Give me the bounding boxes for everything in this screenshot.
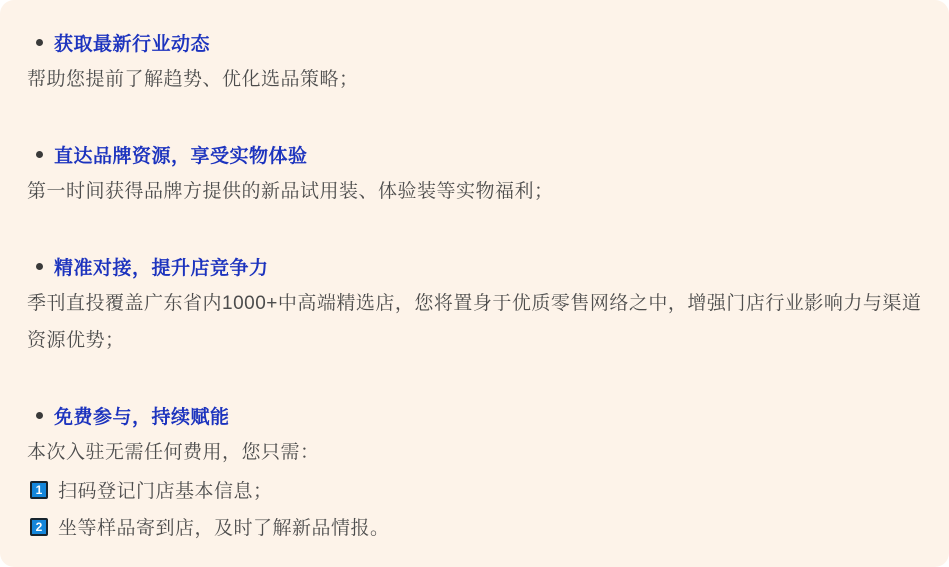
section-free-participation: 免费参与，持续赋能 本次入驻无需任何费用，您只需： 1 扫码登记门店基本信息； … <box>27 397 929 545</box>
section-heading-row: 免费参与，持续赋能 <box>27 397 929 434</box>
section-heading-row: 直达品牌资源，享受实物体验 <box>27 136 929 173</box>
step-text: 坐等样品寄到店，及时了解新品情报。 <box>58 513 390 540</box>
section-heading: 获取最新行业动态 <box>54 29 210 56</box>
bullet-icon <box>36 151 43 158</box>
section-heading: 直达品牌资源，享受实物体验 <box>54 141 308 168</box>
bullet-icon <box>36 39 43 46</box>
section-brand-resources: 直达品牌资源，享受实物体验 第一时间获得品牌方提供的新品试用装、体验装等实物福利… <box>27 136 929 210</box>
section-paragraph: 第一时间获得品牌方提供的新品试用装、体验装等实物福利； <box>27 173 929 210</box>
benefits-card: 获取最新行业动态 帮助您提前了解趋势、优化选品策略； 直达品牌资源，享受实物体验… <box>0 0 949 567</box>
section-industry-trends: 获取最新行业动态 帮助您提前了解趋势、优化选品策略； <box>27 24 929 98</box>
step-number-badge: 1 <box>30 481 48 499</box>
step-number-badge: 2 <box>30 518 48 536</box>
section-paragraph: 帮助您提前了解趋势、优化选品策略； <box>27 61 929 98</box>
section-heading: 免费参与，持续赋能 <box>54 402 230 429</box>
bullet-icon <box>36 412 43 419</box>
section-heading-row: 精准对接，提升店竞争力 <box>27 248 929 285</box>
step-item: 2 坐等样品寄到店，及时了解新品情报。 <box>27 508 929 545</box>
bullet-icon <box>36 263 43 270</box>
section-paragraph: 季刊直投覆盖广东省内1000+中高端精选店，您将置身于优质零售网络之中，增强门店… <box>27 285 929 359</box>
step-text: 扫码登记门店基本信息； <box>58 476 273 503</box>
section-heading-row: 获取最新行业动态 <box>27 24 929 61</box>
step-item: 1 扫码登记门店基本信息； <box>27 471 929 508</box>
section-paragraph: 本次入驻无需任何费用，您只需： <box>27 434 929 471</box>
section-heading: 精准对接，提升店竞争力 <box>54 253 269 280</box>
section-precise-matching: 精准对接，提升店竞争力 季刊直投覆盖广东省内1000+中高端精选店，您将置身于优… <box>27 248 929 359</box>
